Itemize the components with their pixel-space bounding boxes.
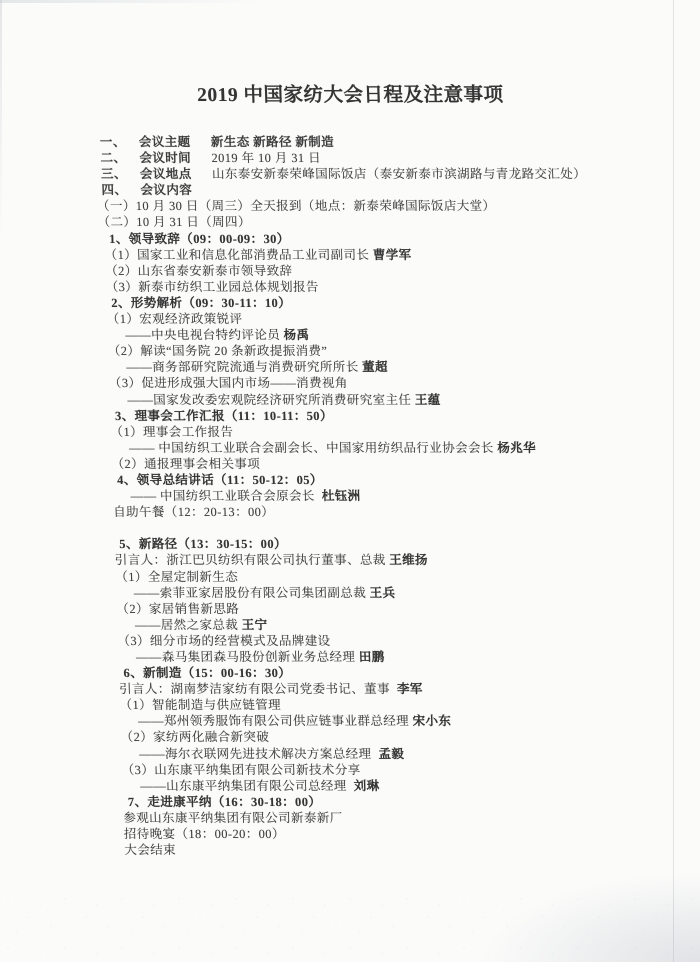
schedule-line: 1、领导致辞（09：00-09：30）: [5, 231, 700, 247]
document-sheet: 2019 中国家纺大会日程及注意事项 一、会议主题新生态 新路径 新制造二、会议…: [0, 84, 700, 858]
line-segment: （3）促进形成强大国内市场——消费视角: [109, 376, 348, 390]
bold-name-segment: 5、新路径（13：30-15：00）: [119, 537, 287, 551]
schedule-line: （2）家居销售新思路: [17, 601, 700, 617]
bold-name-segment: 王兵: [369, 586, 395, 600]
meta-segment: 2019 年 10 月 31 日: [211, 151, 321, 165]
meta-segment: 四、: [101, 182, 141, 198]
bold-name-segment: 董超: [362, 360, 388, 374]
meta-row: 一、会议主题新生态 新路径 新制造: [2, 134, 700, 150]
line-segment: —— 中国纺织工业联合会副会长、中国家用纺织品行业协会会长: [129, 441, 498, 455]
bold-name-segment: 刘琳: [354, 779, 380, 793]
line-segment: ——山东康平纳集团有限公司总经理: [140, 779, 354, 793]
line-segment: 引言人：浙江巴贝纺织有限公司执行董事、总裁: [115, 553, 390, 567]
scanned-document-page: 2019 中国家纺大会日程及注意事项 一、会议主题新生态 新路径 新制造二、会议…: [0, 0, 700, 962]
bold-name-segment: 4、领导总结讲话（11：50-12：05）: [117, 473, 323, 487]
schedule-line: ——山东康平纳集团有限公司总经理 刘琳: [23, 778, 700, 794]
line-segment: （二）10 月 31 日（周四）: [97, 215, 251, 229]
bold-name-segment: 6、新制造（15：00-16：30）: [123, 666, 291, 680]
line-segment: （1）理事会工作报告: [110, 425, 233, 439]
schedule-line: （1）宏观经济政策锐评: [8, 311, 700, 327]
schedule-line: ——海尔衣联网先进技术解决方案总经理 孟毅: [22, 746, 700, 762]
line-segment: ——索菲亚家居股份有限公司集团副总裁: [134, 586, 370, 600]
line-segment: —— 中国纺织工业联合会原会长: [130, 489, 322, 503]
line-segment: 引言人：湖南梦洁家纺有限公司党委书记、董事: [119, 682, 397, 696]
schedule-line: 4、领导总结讲话（11：50-12：05）: [13, 472, 700, 488]
line-segment: ——居然之家总裁: [135, 618, 242, 632]
meta-segment: 会议主题: [139, 134, 212, 150]
line-segment: （3）新泰市纺织工业园总体规划报告: [105, 280, 319, 294]
meta-segment: 新生态 新路径 新制造: [211, 135, 335, 149]
line-segment: ——中央电视台特约评论员: [125, 328, 284, 342]
schedule-line: （1）国家工业和信息化部消费品工业司副司长 曹学军: [5, 247, 700, 263]
schedule-line: （2）解读“国务院 20 条新政提振消费”: [9, 343, 700, 359]
meta-row: 三、会议地点山东泰安新泰荣峰国际饭店（泰安新泰市滨湖路与青龙路交汇处）: [3, 166, 700, 182]
line-segment: 招待晚宴（18：00-20：00）: [124, 827, 285, 841]
bold-name-segment: 杨兆华: [497, 441, 536, 455]
line-segment: ——森马集团森马股份创新业务总经理: [136, 650, 359, 664]
meta-segment: 会议地点: [140, 166, 213, 182]
schedule-line: —— 中国纺织工业联合会原会长 杜钰洲: [13, 488, 700, 504]
meta-segment: 二、: [100, 150, 140, 166]
schedule-line: ——居然之家总裁 王宁: [18, 617, 700, 633]
document-title: 2019 中国家纺大会日程及注意事项: [0, 84, 700, 108]
line-segment: （2）家居销售新思路: [116, 602, 239, 616]
meta-row: 四、会议内容: [3, 182, 700, 198]
schedule-line: 参观山东康平纳集团有限公司新泰新厂: [24, 810, 700, 826]
line-segment: ——商务部研究院流通与消费研究所所长: [126, 360, 362, 374]
line-segment: （1）宏观经济政策锐评: [107, 312, 243, 326]
schedule-line: 大会结束: [25, 842, 700, 858]
line-segment: ——郑州领秀服饰有限公司供应链事业群总经理: [138, 714, 413, 728]
scan-artifact-top: [0, 0, 260, 3]
bold-name-segment: 王宁: [241, 618, 267, 632]
bold-name-segment: 李军: [397, 682, 423, 696]
schedule-line: ——商务部研究院流通与消费研究所所长 董超: [9, 359, 700, 375]
schedule-line: —— 中国纺织工业联合会副会长、中国家用纺织品行业协会会长 杨兆华: [12, 440, 700, 456]
bold-name-segment: 曹学军: [373, 248, 412, 262]
schedule-line: （1）全屋定制新生态: [16, 569, 700, 585]
line-segment: ——国家发改委宏观院经济研究所消费研究室主任: [127, 393, 415, 407]
schedule-line: （3）细分市场的经营模式及品牌建设: [18, 633, 700, 649]
bold-name-segment: 孟毅: [378, 747, 404, 761]
schedule-line: （3）山东康平纳集团有限公司新技术分享: [22, 762, 700, 778]
bold-name-segment: 杜钰洲: [322, 489, 361, 503]
schedule-line: 3、理事会工作汇报（11：10-11：50）: [11, 408, 700, 424]
schedule-line: 引言人：浙江巴贝纺织有限公司执行董事、总裁 王维扬: [16, 552, 700, 568]
schedule-line: （2）家纺两化融合新突破: [21, 729, 700, 745]
bold-name-segment: 2、形势解析（09：30-11：10）: [111, 296, 291, 310]
line-segment: （3）细分市场的经营模式及品牌建设: [117, 634, 331, 648]
line-segment: （1）国家工业和信息化部消费品工业司副司长: [104, 248, 373, 262]
schedule-line: （1）理事会工作报告: [11, 424, 700, 440]
schedule-line: ——中央电视台特约评论员 杨禹: [8, 327, 700, 343]
meta-segment: 会议内容: [140, 182, 213, 198]
schedule-line: 招待晚宴（18：00-20：00）: [25, 826, 700, 842]
meta-segment: 会议时间: [139, 150, 212, 166]
bold-name-segment: 杨禹: [283, 328, 309, 342]
bold-name-segment: 王维扬: [389, 553, 428, 567]
schedule-list: （一）10 月 30 日（周三）全天报到（地点：新泰荣峰国际饭店大堂）（二）10…: [4, 198, 700, 858]
schedule-line: 6、新制造（15：00-16：30）: [19, 665, 700, 681]
meta-segment: 一、: [100, 134, 140, 150]
schedule-line: ——森马集团森马股份创新业务总经理 田鹏: [19, 649, 700, 665]
line-segment: （2）解读“国务院 20 条新政提振消费”: [108, 344, 328, 358]
schedule-line: ——国家发改委宏观院经济研究所消费研究室主任 王蕴: [10, 392, 700, 408]
meta-list: 一、会议主题新生态 新路径 新制造二、会议时间2019 年 10 月 31 日三…: [2, 134, 700, 198]
bold-name-segment: 3、理事会工作汇报（11：10-11：50）: [115, 409, 333, 423]
line-segment: 大会结束: [124, 843, 176, 857]
bold-name-segment: 宋小东: [412, 714, 451, 728]
schedule-line: 7、走进康平纳（16：30-18：00）: [24, 794, 700, 810]
line-segment: （2）通报理事会相关事项: [111, 457, 260, 471]
line-segment: ——海尔衣联网先进技术解决方案总经理: [139, 747, 379, 761]
scan-artifact-corner-shade: [480, 872, 700, 962]
schedule-line: （二）10 月 31 日（周四）: [4, 214, 700, 230]
line-segment: 自助午餐（12：20-13：00）: [113, 505, 274, 519]
line-segment: （一）10 月 30 日（周三）全天报到（地点：新泰荣峰国际饭店大堂）: [97, 199, 496, 213]
line-segment: （2）山东省泰安新泰市领导致辞: [105, 264, 293, 278]
meta-segment: 山东泰安新泰荣峰国际饭店（泰安新泰市滨湖路与青龙路交汇处）: [212, 167, 587, 181]
bold-name-segment: 7、走进康平纳（16：30-18：00）: [128, 795, 322, 809]
schedule-line: （一）10 月 30 日（周三）全天报到（地点：新泰荣峰国际饭店大堂）: [4, 198, 700, 214]
schedule-line: 2、形势解析（09：30-11：10）: [7, 295, 700, 311]
schedule-line: ——郑州领秀服饰有限公司供应链事业群总经理 宋小东: [21, 713, 700, 729]
schedule-line: 自助午餐（12：20-13：00）: [14, 504, 700, 520]
blank-line: [14, 520, 700, 536]
bold-name-segment: 王蕴: [415, 393, 441, 407]
bold-name-segment: 田鹏: [359, 650, 385, 664]
line-segment: （2）家纺两化融合新突破: [120, 730, 269, 744]
schedule-line: （3）新泰市纺织工业园总体规划报告: [6, 279, 700, 295]
schedule-line: ——索菲亚家居股份有限公司集团副总裁 王兵: [17, 585, 700, 601]
bold-name-segment: 1、领导致辞（09：00-09：30）: [109, 232, 290, 246]
schedule-line: （2）山东省泰安新泰市领导致辞: [6, 263, 700, 279]
schedule-line: 5、新路径（13：30-15：00）: [15, 536, 700, 552]
schedule-line: （3）促进形成强大国内市场——消费视角: [10, 375, 700, 391]
schedule-line: （1）智能制造与供应链管理: [20, 697, 700, 713]
line-segment: （3）山东康平纳集团有限公司新技术分享: [122, 763, 361, 777]
schedule-line: （2）通报理事会相关事项: [12, 456, 700, 472]
line-segment: （1）全屋定制新生态: [115, 570, 238, 584]
schedule-line: 引言人：湖南梦洁家纺有限公司党委书记、董事 李军: [20, 681, 700, 697]
meta-segment: 三、: [101, 166, 141, 182]
meta-row: 二、会议时间2019 年 10 月 31 日: [2, 150, 700, 166]
line-segment: （1）智能制造与供应链管理: [119, 698, 281, 712]
line-segment: 参观山东康平纳集团有限公司新泰新厂: [123, 811, 343, 825]
